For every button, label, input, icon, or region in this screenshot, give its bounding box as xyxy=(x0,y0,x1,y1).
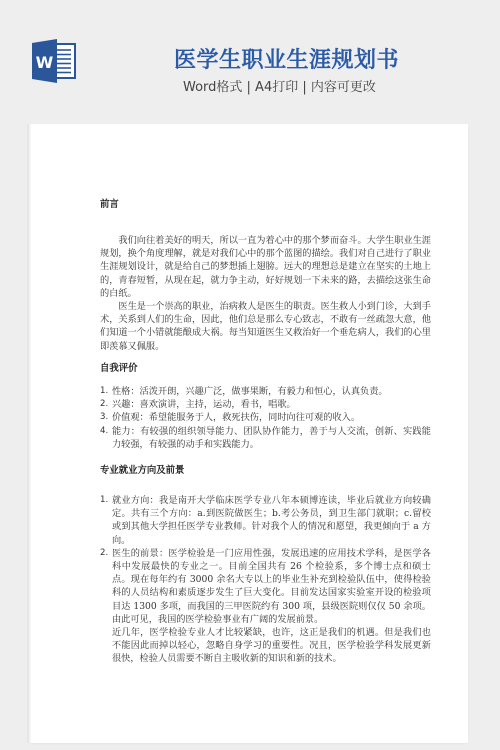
document-page: 前言 我们向往着美好的明天，所以一直为着心中的那个梦而奋斗。大学生职业生涯规划，… xyxy=(31,124,468,743)
list-item: 3.价值观：希望能服务于人，救死扶伤，同时向往可观的收入。 xyxy=(100,411,431,424)
document-subtitle: Word格式 | A4打印 | 内容可更改 xyxy=(183,76,376,95)
section-heading-preface: 前言 xyxy=(100,196,119,210)
section-heading-self-evaluation: 自我评价 xyxy=(100,360,138,374)
preface-paragraph-1: 我们向往着美好的明天，所以一直为着心中的那个梦而奋斗。大学生职业生涯规划，换个角… xyxy=(100,234,431,300)
self-evaluation-list: 1.性格：活泼开朗，兴趣广泛，做事果断，有毅力和恒心，认真负责。 2.兴趣：喜欢… xyxy=(100,385,431,451)
career-prospects-list: 1.就业方向：我是南开大学临床医学专业八年本硕博连读，毕业后就业方向较确定。共有… xyxy=(100,494,431,666)
list-item: 1.就业方向：我是南开大学临床医学专业八年本硕博连读，毕业后就业方向较确定。共有… xyxy=(100,494,431,547)
svg-text:W: W xyxy=(36,53,54,72)
list-item: 2.兴趣：喜欢演讲，主持，运动，看书，唱歌。 xyxy=(100,398,431,411)
list-item: 1.性格：活泼开朗，兴趣广泛，做事果断，有毅力和恒心，认真负责。 xyxy=(100,385,431,398)
preview-header: W 医学生职业生涯规划书 Word格式 | A4打印 | 内容可更改 xyxy=(0,0,500,120)
list-item: 4.能力：有较强的组织领导能力、团队协作能力，善于与人交流，创新、实践能力较强，… xyxy=(100,425,431,451)
document-title: 医学生职业生涯规划书 xyxy=(174,43,399,74)
list-item: 2.医生的前景：医学检验是一门应用性强，发展迅速的应用技术学科，是医学各科中发展… xyxy=(100,547,431,626)
section-heading-career-prospects: 专业就业方向及前景 xyxy=(100,462,184,476)
preface-paragraph-2: 医生是一个崇高的职业，治病救人是医生的职责。医生救人小到门诊，大到手术，关系到人… xyxy=(100,300,431,353)
trailing-paragraph: 近几年，医学检验专业人才比较紧缺，也许，这正是我们的机遇。但是我们也不能因此而掉… xyxy=(100,626,431,666)
word-document-icon: W xyxy=(31,39,77,83)
